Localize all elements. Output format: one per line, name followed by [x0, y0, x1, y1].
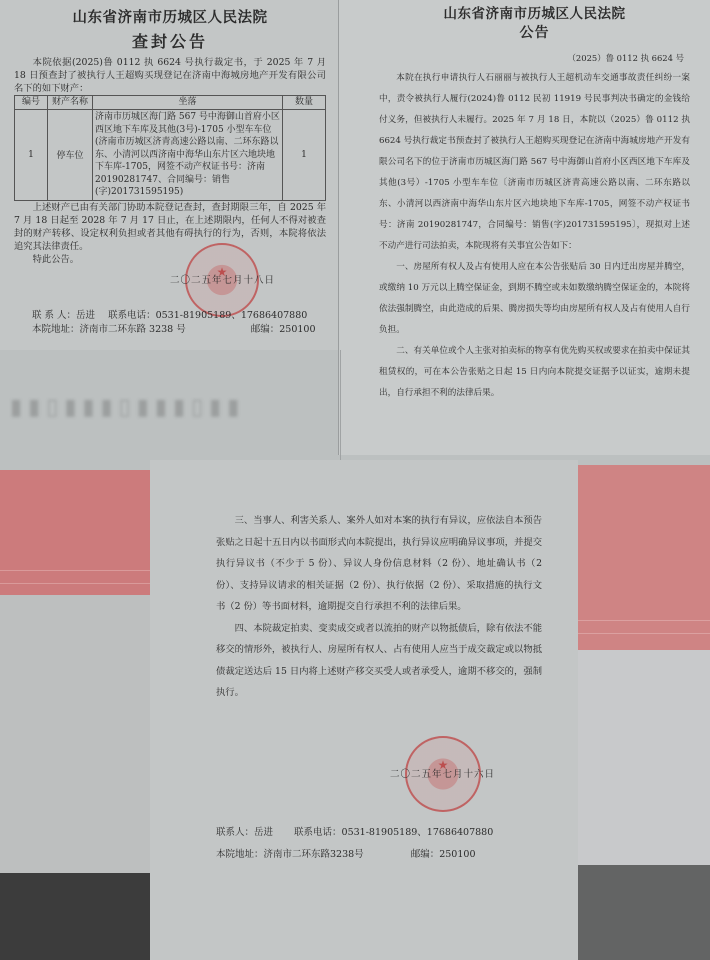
- grey-paper-right: [560, 650, 710, 870]
- pink-paper-left: [0, 470, 150, 595]
- asset-name: 停车位: [48, 110, 93, 201]
- asset-number: 1: [15, 110, 48, 201]
- contact-line: 联 系 人：岳进 联系电话：0531-81905189、17686407880: [32, 307, 307, 321]
- pink-paper-right: [555, 465, 710, 650]
- column-header-quantity: 数量: [283, 96, 326, 110]
- notice-continuation-document: 三、当事人、利害关系人、案外人如对本案的执行有异议，应依法自本预告张贴之日起十五…: [150, 460, 578, 960]
- court-postcode: 邮编：250100: [411, 846, 476, 860]
- court-name: 山东省济南市历城区人民法院: [14, 6, 326, 27]
- court-address: 本院地址：济南市二环东路 3238 号: [32, 321, 186, 335]
- contact-phone: 联系电话：0531-81905189、17686407880: [294, 824, 493, 838]
- court-name: 山东省济南市历城区人民法院: [379, 2, 690, 22]
- asset-quantity: 1: [283, 110, 326, 201]
- notice-item-1: 一、房屋所有权人及占有使用人应在本公告张贴后 30 日内迁出房屋并腾空，或缴纳 …: [379, 257, 690, 341]
- grey-paper-left: [0, 595, 150, 875]
- contact-phone: 联系电话：0531-81905189、17686407880: [108, 307, 307, 321]
- paper-stripe: [555, 620, 710, 621]
- column-header-location: 坐落: [93, 96, 283, 110]
- case-number: （2025）鲁 0112 执 6624 号: [379, 52, 684, 64]
- bleed-through-text: ▮▮▯▮▮▮▯▮▮▮▯▮▮: [10, 395, 300, 425]
- dark-surface-right: [578, 865, 710, 960]
- contact-person: 联系人：岳进: [216, 824, 273, 838]
- paper-fold-line: [340, 350, 341, 475]
- column-header-asset-name: 财产名称: [48, 96, 93, 110]
- notice-intro: 本院在执行申请执行人石丽丽与被执行人王超机动车交通事故责任纠纷一案中，责令被执行…: [379, 68, 690, 257]
- asset-table-header: 编号 财产名称 坐落 数量: [15, 96, 326, 110]
- notice-date: 二〇二五年七月十六日: [390, 766, 495, 780]
- paper-stripe: [0, 570, 150, 571]
- notice-item-4: 四、本院裁定拍卖、变卖成交或者以流拍的财产以物抵债后，除有依法不能移交的情形外，…: [216, 618, 542, 704]
- paper-stripe: [555, 633, 710, 634]
- seizure-notice-document: 山东省济南市历城区人民法院 查封公告 本院依据(2025)鲁 0112 执 66…: [0, 0, 340, 350]
- notice-closing: 特此公告。: [14, 253, 326, 266]
- asset-table: 编号 财产名称 坐落 数量 1 停车位 济南市历城区海门路 567 号中海御山首…: [14, 95, 326, 201]
- notice-body: 上述财产已由有关部门协助本院登记查封，查封期限三年，自 2025 年 7 月 1…: [14, 201, 326, 253]
- notice-date: 二〇二五年七月十八日: [170, 272, 275, 286]
- address-line: 本院地址：济南市二环东路 3238 号 邮编：250100: [32, 321, 316, 335]
- court-address: 本院地址：济南市二环东路3238号: [216, 846, 364, 860]
- court-postcode: 邮编：250100: [251, 321, 316, 335]
- paper-stripe: [0, 583, 150, 584]
- asset-location: 济南市历城区海门路 567 号中海御山首府小区西区地下车库及其他(3号)-170…: [93, 110, 283, 201]
- contact-line: 联系人：岳进 联系电话：0531-81905189、17686407880: [216, 824, 493, 838]
- notice-title: 查封公告: [14, 29, 326, 52]
- contact-person: 联 系 人：岳进: [32, 307, 95, 321]
- column-header-number: 编号: [15, 96, 48, 110]
- table-row: 1 停车位 济南市历城区海门路 567 号中海御山首府小区西区地下车库及其他(3…: [15, 110, 326, 201]
- auction-notice-document: 山东省济南市历城区人民法院 公告 （2025）鲁 0112 执 6624 号 本…: [338, 0, 710, 455]
- dark-surface-left: [0, 873, 150, 960]
- address-line: 本院地址：济南市二环东路3238号 邮编：250100: [216, 846, 475, 860]
- notice-intro: 本院依据(2025)鲁 0112 执 6624 号执行裁定书，于 2025 年 …: [14, 56, 326, 95]
- notice-item-2: 二、有关单位或个人主张对拍卖标的物享有优先购买权或要求在拍卖中保证其租赁权的，可…: [379, 341, 690, 404]
- notice-item-3: 三、当事人、利害关系人、案外人如对本案的执行有异议，应依法自本预告张贴之日起十五…: [216, 510, 542, 618]
- notice-title: 公告: [379, 22, 690, 42]
